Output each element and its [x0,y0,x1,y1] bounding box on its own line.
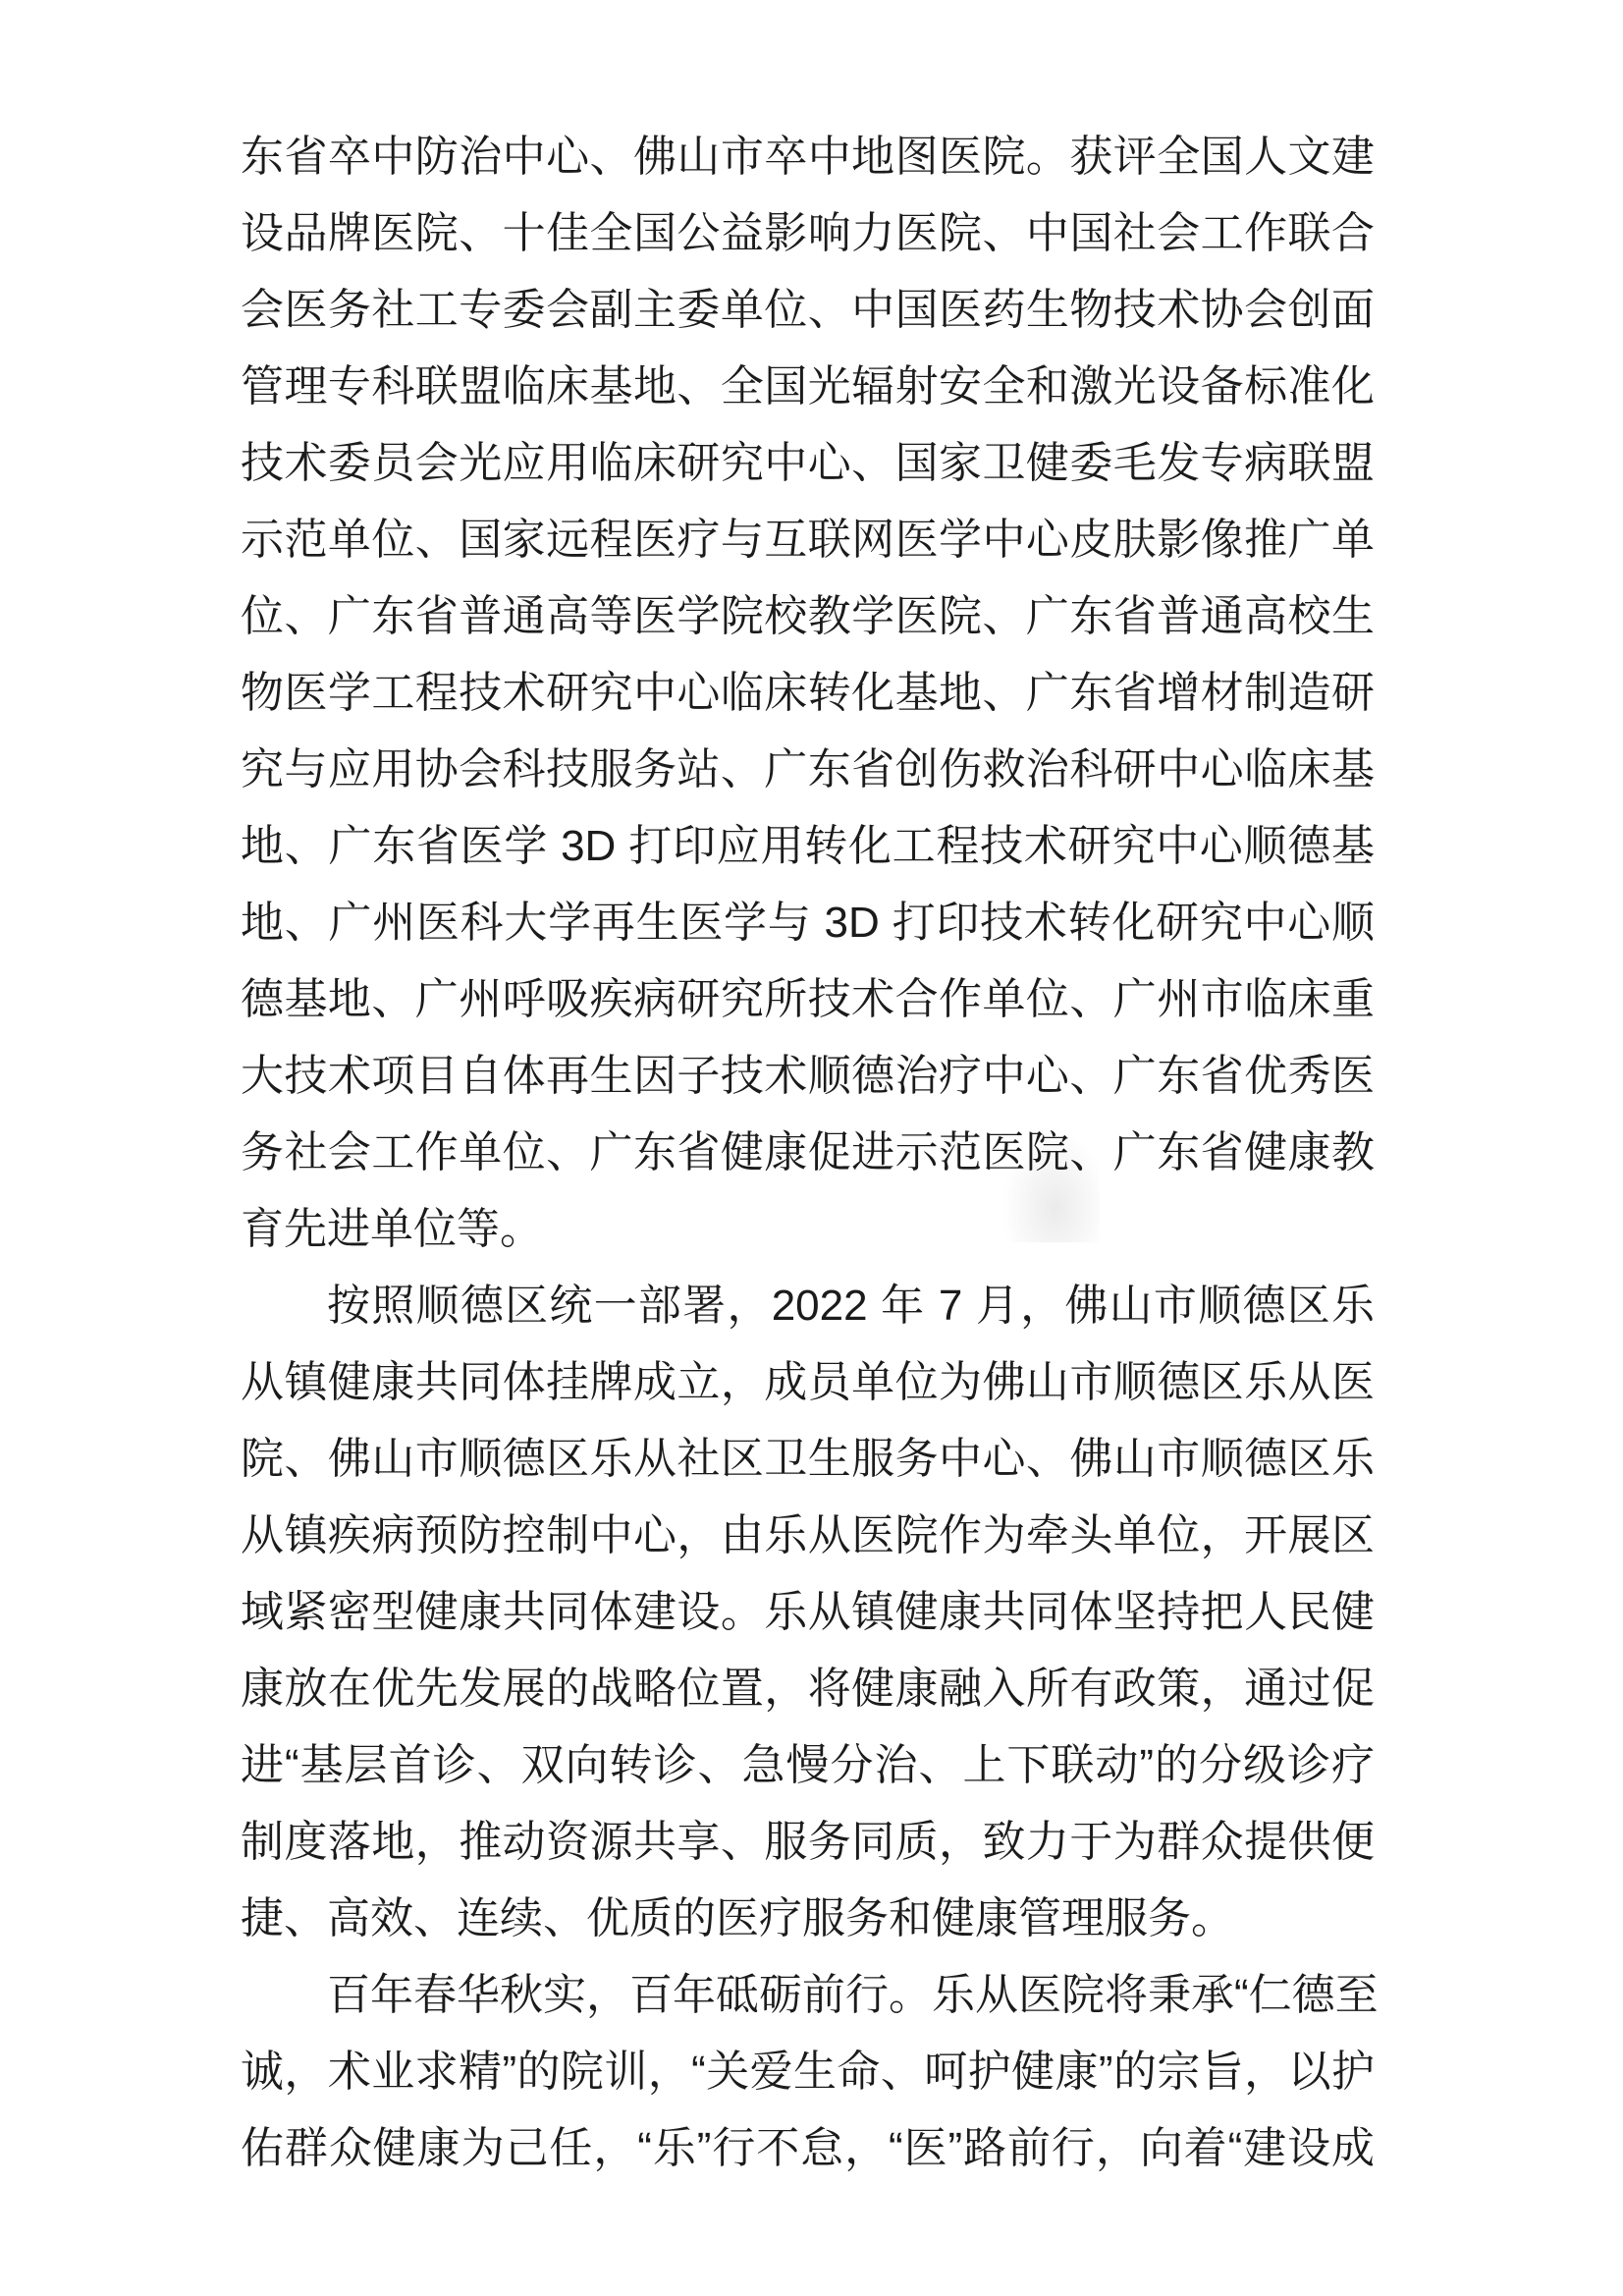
text-line: 从镇疾病预防控制中心，由乐从医院作为牵头单位，开展区 [241,1498,1375,1574]
paragraph: 百年春华秋实，百年砥砺前行。乐从医院将秉承“仁德至诚，术业求精”的院训，“关爱生… [241,1957,1375,2187]
text-line: 进“基层首诊、双向转诊、急慢分治、上下联动”的分级诊疗 [241,1727,1375,1804]
scanned-page: 东省卒中防治中心、佛山市卒中地图医院。获评全国人文建设品牌医院、十佳全国公益影响… [0,0,1623,2296]
text-line: 捷、高效、连续、优质的医疗服务和健康管理服务。 [241,1881,1375,1957]
text-line: 物医学工程技术研究中心临床转化基地、广东省增材制造研 [241,655,1375,732]
text-line: 设品牌医院、十佳全国公益影响力医院、中国社会工作联合 [241,195,1375,272]
text-line: 德基地、广州呼吸疾病研究所技术合作单位、广州市临床重 [241,961,1375,1038]
text-line: 会医务社工专委会副主委单位、中国医药生物技术协会创面 [241,272,1375,349]
document-body: 东省卒中防治中心、佛山市卒中地图医院。获评全国人文建设品牌医院、十佳全国公益影响… [241,119,1375,2187]
text-line: 佑群众健康为己任，“乐”行不怠，“医”路前行，向着“建设成 [241,2110,1375,2187]
text-line: 位、广东省普通高等医学院校教学医院、广东省普通高校生 [241,578,1375,655]
text-line: 按照顺德区统一部署，2022 年 7 月，佛山市顺德区乐 [241,1268,1375,1344]
text-line: 域紧密型健康共同体建设。乐从镇健康共同体坚持把人民健 [241,1574,1375,1651]
text-line: 示范单位、国家远程医疗与互联网医学中心皮肤影像推广单 [241,502,1375,578]
text-line: 育先进单位等。 [241,1191,1375,1268]
text-line: 诚，术业求精”的院训，“关爱生命、呵护健康”的宗旨，以护 [241,2034,1375,2110]
text-line: 管理专科联盟临床基地、全国光辐射安全和激光设备标准化 [241,349,1375,425]
text-line: 制度落地，推动资源共享、服务同质，致力于为群众提供便 [241,1804,1375,1881]
text-line: 地、广州医科大学再生医学与 3D 打印技术转化研究中心顺 [241,885,1375,961]
text-line: 地、广东省医学 3D 打印应用转化工程技术研究中心顺德基 [241,808,1375,885]
text-line: 大技术项目自体再生因子技术顺德治疗中心、广东省优秀医 [241,1038,1375,1115]
paragraph: 按照顺德区统一部署，2022 年 7 月，佛山市顺德区乐从镇健康共同体挂牌成立，… [241,1268,1375,1957]
text-line: 务社会工作单位、广东省健康促进示范医院、广东省健康教 [241,1115,1375,1191]
text-line: 百年春华秋实，百年砥砺前行。乐从医院将秉承“仁德至 [241,1957,1375,2034]
paragraph: 东省卒中防治中心、佛山市卒中地图医院。获评全国人文建设品牌医院、十佳全国公益影响… [241,119,1375,1268]
text-line: 院、佛山市顺德区乐从社区卫生服务中心、佛山市顺德区乐 [241,1421,1375,1498]
text-line: 从镇健康共同体挂牌成立，成员单位为佛山市顺德区乐从医 [241,1344,1375,1421]
text-line: 东省卒中防治中心、佛山市卒中地图医院。获评全国人文建 [241,119,1375,195]
text-line: 技术委员会光应用临床研究中心、国家卫健委毛发专病联盟 [241,425,1375,502]
text-line: 究与应用协会科技服务站、广东省创伤救治科研中心临床基 [241,732,1375,808]
text-line: 康放在优先发展的战略位置，将健康融入所有政策，通过促 [241,1651,1375,1727]
